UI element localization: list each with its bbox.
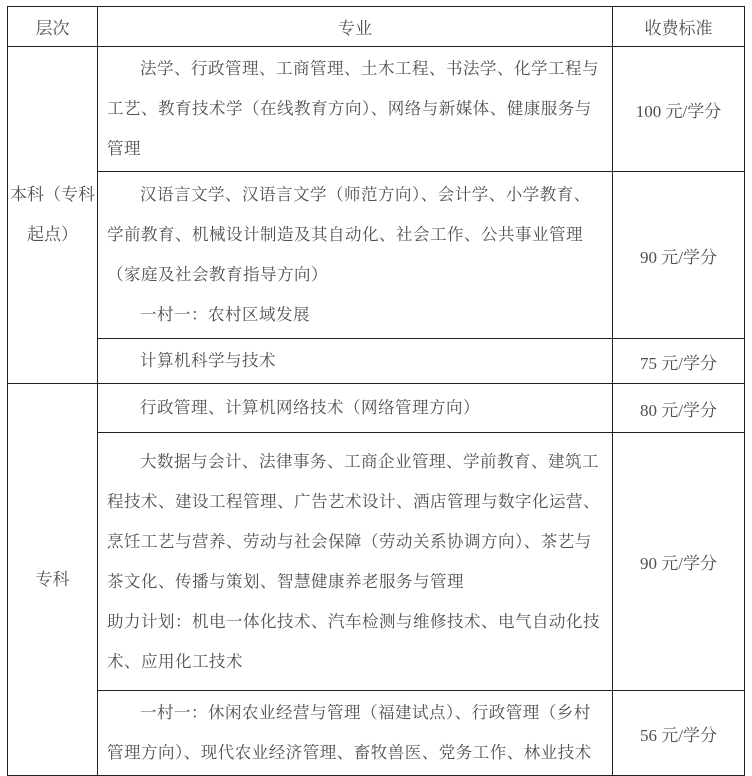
- major-paragraph: 计算机科学与技术: [107, 341, 603, 381]
- fee-cell: 100 元/学分: [613, 47, 745, 172]
- table-row: 计算机科学与技术 75 元/学分: [8, 339, 745, 384]
- header-fee: 收费标准: [613, 7, 745, 47]
- fee-table-page: 层次 专业 收费标准 本科（专科起点） 法学、行政管理、工商管理、土木工程、书法…: [0, 0, 752, 754]
- fee-cell: 75 元/学分: [613, 339, 745, 384]
- major-paragraph: 法学、行政管理、工商管理、土木工程、书法学、化学工程与工艺、教育技术学（在线教育…: [107, 49, 603, 169]
- level-cell-junior-college: 专科: [8, 384, 98, 776]
- major-cell: 法学、行政管理、工商管理、土木工程、书法学、化学工程与工艺、教育技术学（在线教育…: [98, 47, 613, 172]
- tuition-fee-table: 层次 专业 收费标准 本科（专科起点） 法学、行政管理、工商管理、土木工程、书法…: [7, 6, 745, 776]
- major-cell: 一村一：休闲农业经营与管理（福建试点）、行政管理（乡村管理方向）、现代农业经济管…: [98, 691, 613, 776]
- table-row: 一村一：休闲农业经营与管理（福建试点）、行政管理（乡村管理方向）、现代农业经济管…: [8, 691, 745, 776]
- major-paragraph: 助力计划：机电一体化技术、汽车检测与维修技术、电气自动化技术、应用化工技术: [107, 602, 603, 682]
- major-cell: 行政管理、计算机网络技术（网络管理方向）: [98, 384, 613, 433]
- table-row: 专科 行政管理、计算机网络技术（网络管理方向） 80 元/学分: [8, 384, 745, 433]
- major-cell: 汉语言文学、汉语言文学（师范方向）、会计学、小学教育、学前教育、机械设计制造及其…: [98, 172, 613, 339]
- table-header-row: 层次 专业 收费标准: [8, 7, 745, 47]
- table-row: 大数据与会计、法律事务、工商企业管理、学前教育、建筑工程技术、建设工程管理、广告…: [8, 433, 745, 691]
- major-paragraph: 一村一：农村区域发展: [107, 295, 603, 335]
- fee-cell: 56 元/学分: [613, 691, 745, 776]
- header-level: 层次: [8, 7, 98, 47]
- major-paragraph: 大数据与会计、法律事务、工商企业管理、学前教育、建筑工程技术、建设工程管理、广告…: [107, 442, 603, 602]
- fee-cell: 90 元/学分: [613, 172, 745, 339]
- header-major: 专业: [98, 7, 613, 47]
- major-paragraph: 一村一：休闲农业经营与管理（福建试点）、行政管理（乡村管理方向）、现代农业经济管…: [107, 693, 603, 773]
- fee-cell: 80 元/学分: [613, 384, 745, 433]
- fee-cell: 90 元/学分: [613, 433, 745, 691]
- table-row: 汉语言文学、汉语言文学（师范方向）、会计学、小学教育、学前教育、机械设计制造及其…: [8, 172, 745, 339]
- major-paragraph: 行政管理、计算机网络技术（网络管理方向）: [107, 388, 603, 428]
- major-cell: 大数据与会计、法律事务、工商企业管理、学前教育、建筑工程技术、建设工程管理、广告…: [98, 433, 613, 691]
- level-cell-undergraduate: 本科（专科起点）: [8, 47, 98, 384]
- major-cell: 计算机科学与技术: [98, 339, 613, 384]
- major-paragraph: 汉语言文学、汉语言文学（师范方向）、会计学、小学教育、学前教育、机械设计制造及其…: [107, 175, 603, 295]
- table-row: 本科（专科起点） 法学、行政管理、工商管理、土木工程、书法学、化学工程与工艺、教…: [8, 47, 745, 172]
